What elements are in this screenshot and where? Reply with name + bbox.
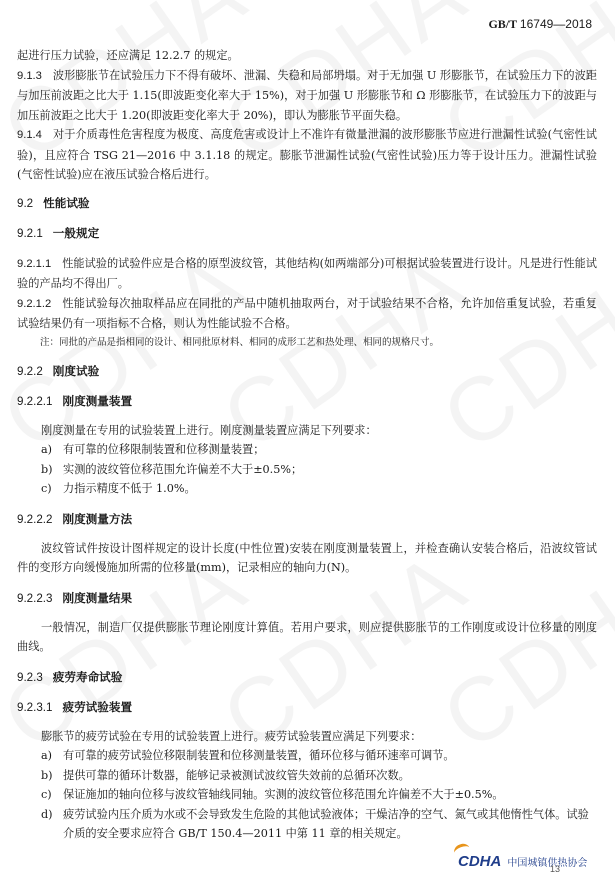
section-number: 9.2.2: [17, 365, 43, 378]
clause-9-2-1-2: 9.2.1.2性能试验每次抽取样品应在同批的产品中随机抽取两台，对于试验结果不合…: [17, 294, 597, 334]
paragraph: 膨胀节的疲劳试验在专用的试验装置上进行。疲劳试验装置应满足下列要求：: [17, 727, 597, 747]
paragraph: 一般情况，制造厂仅提供膨胀节理论刚度计算值。若用户要求，则应提供膨胀节的工作刚度…: [17, 618, 597, 657]
standard-code: GB/T 16749—2018: [488, 17, 592, 32]
document-body: 起进行压力试验，还应满足 12.2.7 的规定。 9.1.3波形膨胀节在试验压力…: [17, 46, 597, 844]
clause-number: 9.1.4: [17, 129, 42, 141]
clause-number: 9.2.1.1: [17, 258, 51, 270]
section-number: 9.2.3: [17, 671, 43, 684]
section-title: 刚度测量结果: [62, 591, 132, 605]
section-title: 刚度测量方法: [62, 512, 132, 526]
clause-text: 波形膨胀节在试验压力下不得有破坏、泄漏、失稳和局部坍塌。对于无加强 U 形膨胀节…: [17, 69, 597, 122]
section-number: 9.2.2.3: [17, 592, 52, 605]
list-marker: b): [41, 460, 63, 480]
clause-text: 性能试验的试验件应是合格的原型波纹管，其他结构(如两端部分)可根据试验装置进行设…: [17, 257, 597, 291]
clause-number: 9.2.1.2: [17, 298, 51, 310]
list-item: c)保证施加的轴向位移与波纹管轴线同轴。实测的波纹管位移范围允许偏差不大于±0.…: [17, 785, 597, 805]
clause-9-1-3: 9.1.3波形膨胀节在试验压力下不得有破坏、泄漏、失稳和局部坍塌。对于无加强 U…: [17, 66, 597, 126]
section-title: 一般规定: [53, 226, 99, 240]
list-text: 保证施加的轴向位移与波纹管轴线同轴。实测的波纹管位移范围允许偏差不大于±0.5%…: [63, 788, 504, 801]
cdha-logo-mark-icon: CDHA: [458, 853, 501, 870]
list-marker: b): [41, 766, 63, 786]
clause-number: 9.1.3: [17, 70, 42, 82]
clause-9-2-1-1: 9.2.1.1性能试验的试验件应是合格的原型波纹管，其他结构(如两端部分)可根据…: [17, 254, 597, 294]
section-number: 9.2.2.2: [17, 513, 52, 526]
list-text: 疲劳试验内压介质为水或不会导致发生危险的其他试验液体；干燥洁净的空气、氮气或其他…: [63, 808, 589, 841]
section-heading-9-2-3-1: 9.2.3.1疲劳试验装置: [17, 698, 597, 717]
list-marker: c): [41, 785, 63, 805]
list-text: 力指示精度不低于 1.0%。: [63, 482, 196, 495]
section-title: 刚度测量装置: [62, 394, 132, 408]
section-heading-9-2-3: 9.2.3疲劳寿命试验: [17, 668, 597, 687]
clause-text: 性能试验每次抽取样品应在同批的产品中随机抽取两台，对于试验结果不合格，允许加倍重…: [17, 297, 597, 331]
list-text: 有可靠的位移限制装置和位移测量装置；: [63, 443, 264, 456]
paragraph: 起进行压力试验，还应满足 12.2.7 的规定。: [17, 46, 597, 66]
list-item: c)力指示精度不低于 1.0%。: [17, 479, 597, 499]
section-title: 疲劳试验装置: [62, 700, 132, 714]
section-heading-9-2-2-3: 9.2.2.3刚度测量结果: [17, 589, 597, 608]
clause-9-1-4: 9.1.4对于介质毒性危害程度为极度、高度危害或设计上不准许有微量泄漏的波形膨胀…: [17, 125, 597, 185]
list-text: 提供可靠的循环计数器，能够记录被测试波纹管失效前的总循环次数。: [63, 769, 410, 782]
section-heading-9-2-1: 9.2.1一般规定: [17, 224, 597, 243]
section-heading-9-2-2: 9.2.2刚度试验: [17, 362, 597, 381]
section-number: 9.2: [17, 197, 33, 210]
list-marker: d): [41, 805, 63, 825]
note: 注：同批的产品是指相同的设计、相同批原材料、相同的成形工艺和热处理、相同的规格尺…: [40, 334, 597, 351]
section-number: 9.2.2.1: [17, 395, 52, 408]
list-text: 实测的波纹管位移范围允许偏差不大于±0.5%；: [63, 463, 302, 476]
section-heading-9-2-2-1: 9.2.2.1刚度测量装置: [17, 392, 597, 411]
section-number: 9.2.3.1: [17, 701, 52, 714]
list-item: a)有可靠的位移限制装置和位移测量装置；: [17, 440, 597, 460]
paragraph: 波纹管试件按设计图样规定的设计长度(中性位置)安装在刚度测量装置上，并检查确认安…: [17, 539, 597, 578]
list-marker: a): [41, 746, 63, 766]
list-item: b)提供可靠的循环计数器，能够记录被测试波纹管失效前的总循环次数。: [17, 766, 597, 786]
section-number: 9.2.1: [17, 227, 43, 240]
list-item: b)实测的波纹管位移范围允许偏差不大于±0.5%；: [17, 460, 597, 480]
list-item: d)疲劳试验内压介质为水或不会导致发生危险的其他试验液体；干燥洁净的空气、氮气或…: [17, 805, 597, 844]
page-number: 13: [550, 864, 560, 874]
clause-text: 对于介质毒性危害程度为极度、高度危害或设计上不准许有微量泄漏的波形膨胀节应进行泄…: [17, 128, 597, 181]
section-title: 性能试验: [43, 196, 89, 210]
list-text: 有可靠的疲劳试验位移限制装置和位移测量装置，循环位移与循环速率可调节。: [63, 749, 455, 762]
paragraph: 刚度测量在专用的试验装置上进行。刚度测量装置应满足下列要求：: [17, 421, 597, 441]
list-item: a)有可靠的疲劳试验位移限制装置和位移测量装置，循环位移与循环速率可调节。: [17, 746, 597, 766]
section-heading-9-2: 9.2性能试验: [17, 194, 597, 213]
list-marker: a): [41, 440, 63, 460]
section-title: 疲劳寿命试验: [53, 670, 123, 684]
code-number: 16749—2018: [520, 17, 592, 31]
logo-text: 中国城镇供热协会: [507, 854, 587, 869]
code-prefix: GB/T: [488, 17, 516, 31]
list-marker: c): [41, 479, 63, 499]
cdha-logo: CDHA 中国城镇供热协会: [458, 853, 587, 870]
section-title: 刚度试验: [53, 364, 99, 378]
section-heading-9-2-2-2: 9.2.2.2刚度测量方法: [17, 510, 597, 529]
